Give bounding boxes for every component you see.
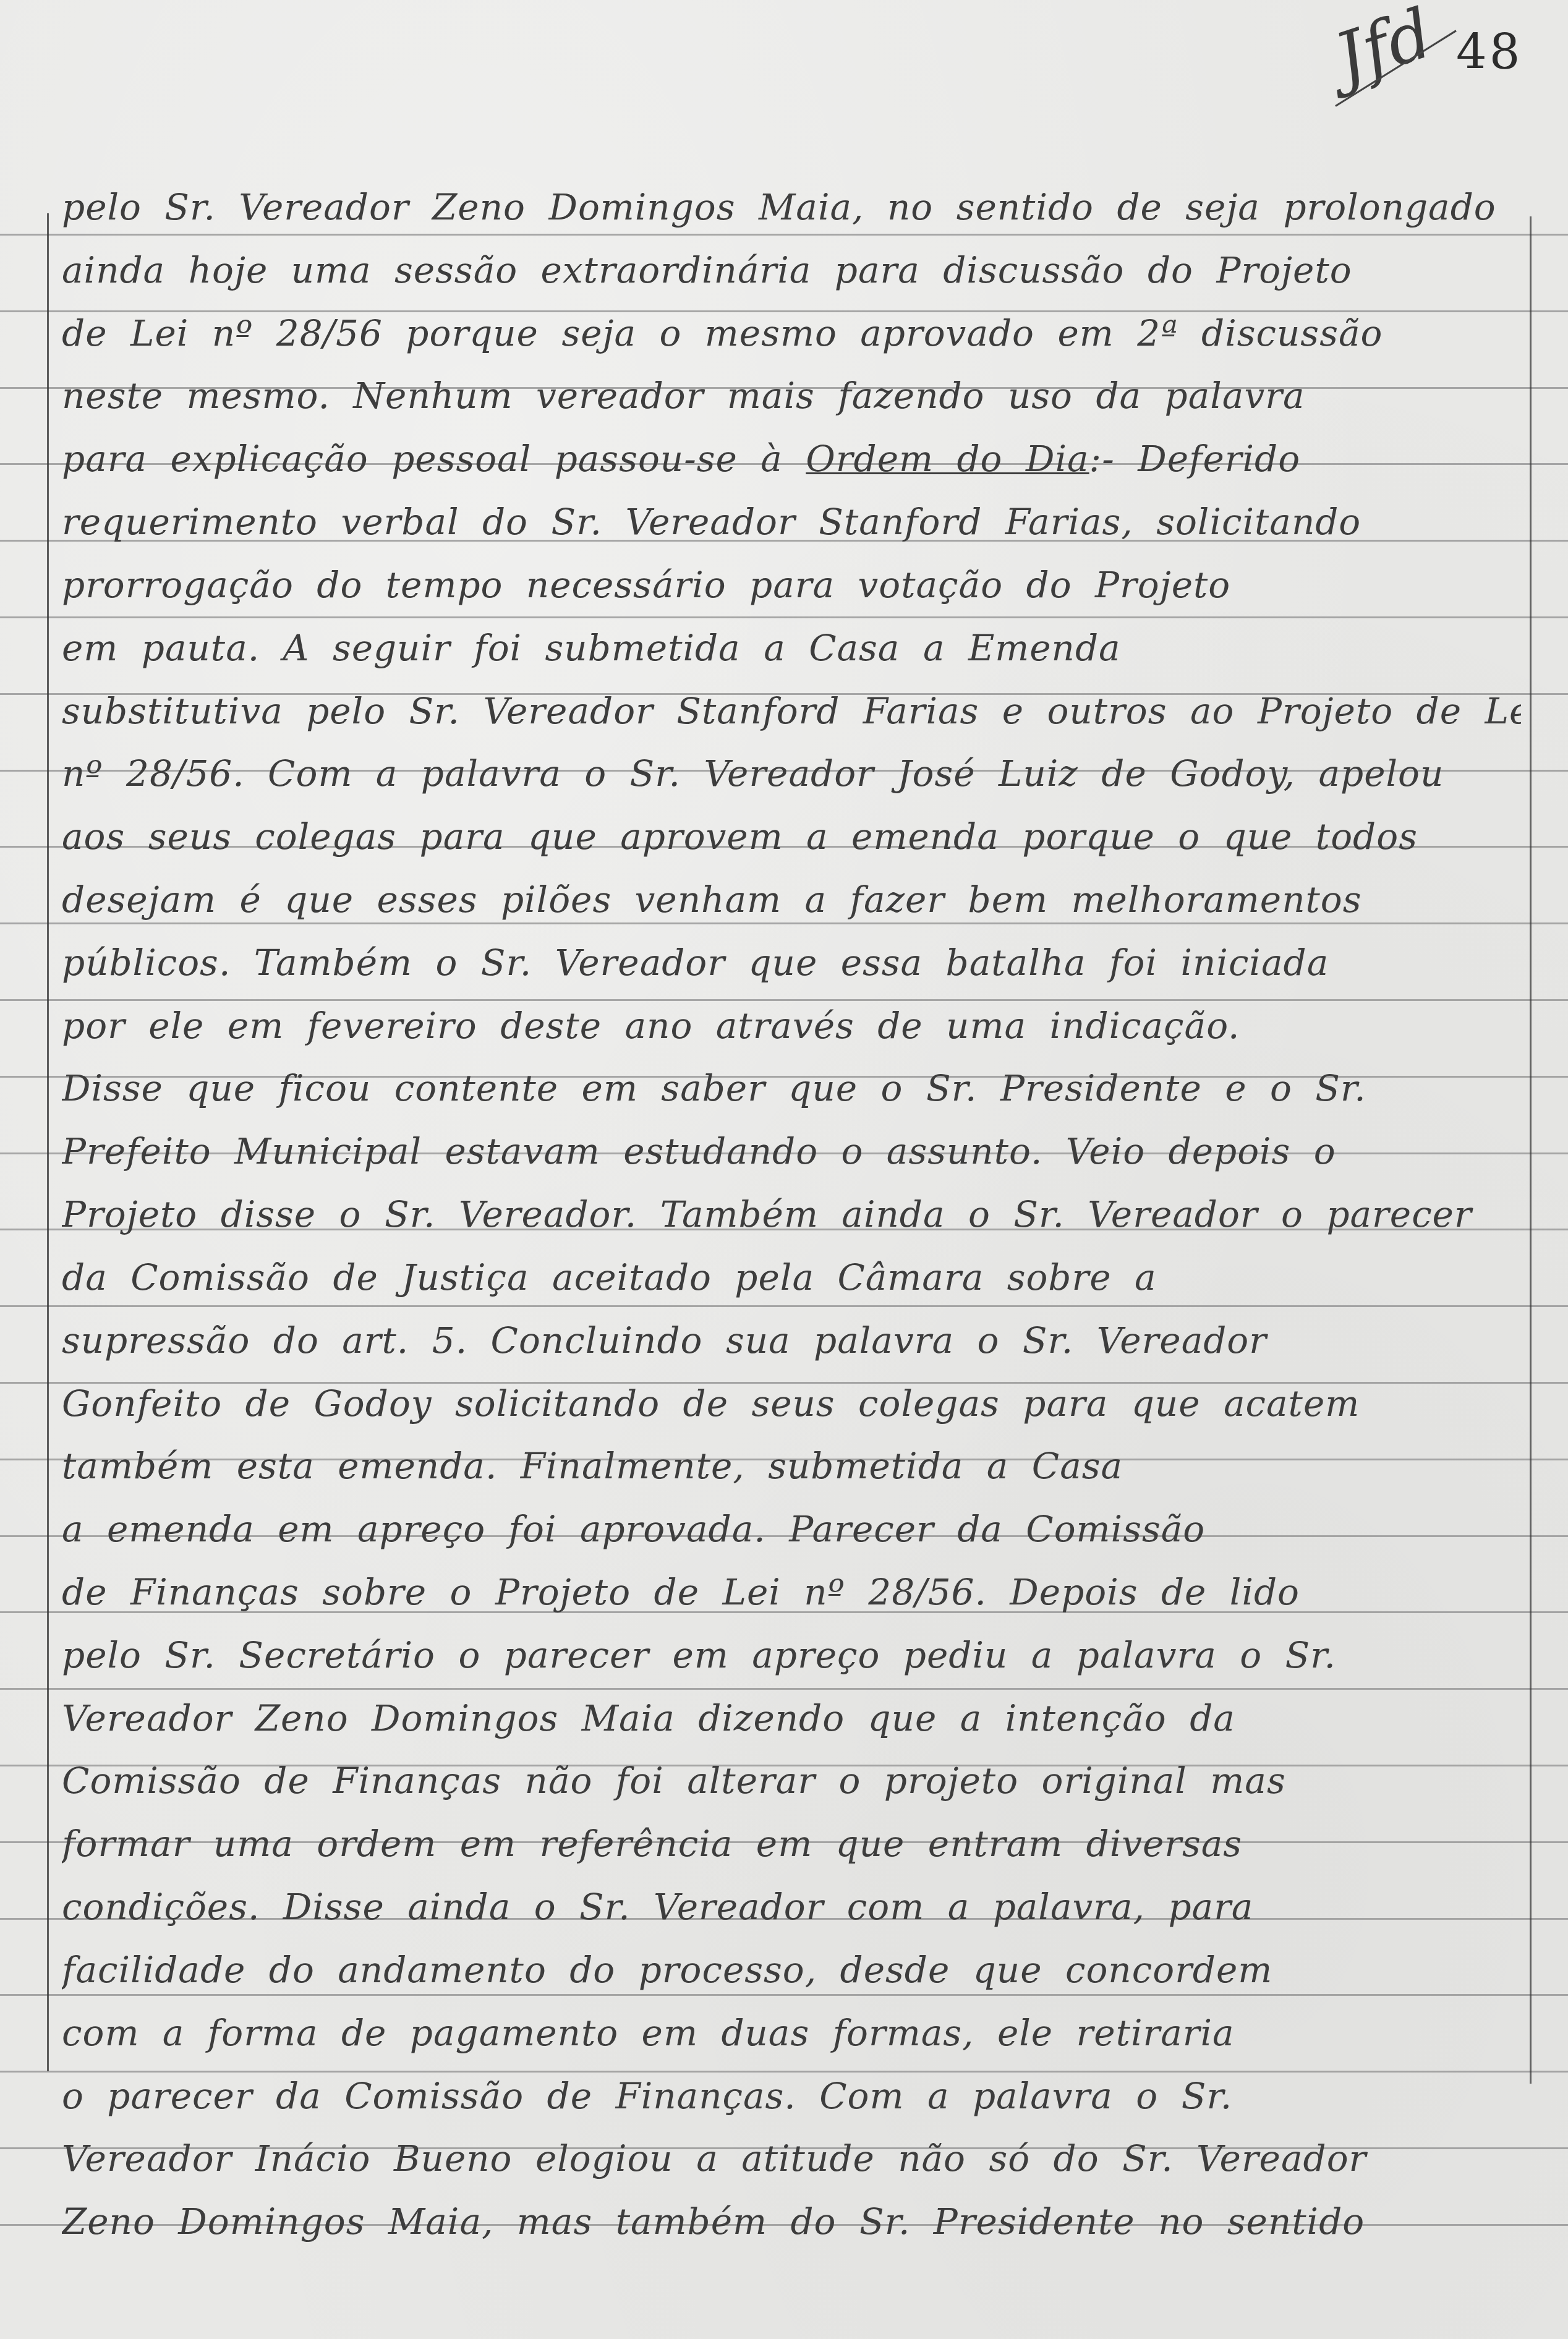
handwritten-line: pelo Sr. Secretário o parecer em apreço … (62, 1634, 1521, 1677)
handwritten-line: facilidade do andamento do processo, des… (62, 1948, 1521, 1992)
handwritten-line: Vereador Zeno Domingos Maia dizendo que … (62, 1697, 1521, 1740)
handwritten-line: da Comissão de Justiça aceitado pela Câm… (62, 1256, 1521, 1299)
rule-line (0, 2071, 1568, 2073)
underlined-ordem-do-dia: Ordem do Dia (806, 438, 1089, 480)
handwritten-line: em pauta. A seguir foi submetida a Casa … (62, 626, 1521, 670)
rule-line (0, 1305, 1568, 1307)
handwritten-line: Disse que ficou contente em saber que o … (62, 1067, 1521, 1110)
handwritten-line: Vereador Inácio Bueno elogiou a atitude … (62, 2137, 1521, 2180)
handwritten-line: o parecer da Comissão de Finanças. Com a… (62, 2074, 1521, 2118)
handwritten-line: substitutiva pelo Sr. Vereador Stanford … (62, 689, 1521, 733)
handwritten-line: por ele em fevereiro deste ano através d… (62, 1004, 1521, 1047)
handwritten-line: também esta emenda. Finalmente, submetid… (62, 1444, 1521, 1488)
handwritten-line: Prefeito Municipal estavam estudando o a… (62, 1130, 1521, 1173)
handwritten-line: Comissão de Finanças não foi alterar o p… (62, 1759, 1521, 1802)
left-margin-line (47, 213, 49, 2071)
handwritten-line: ainda hoje uma sessão extraordinária par… (62, 249, 1521, 292)
handwritten-line: Gonfeito de Godoy solicitando de seus co… (62, 1382, 1521, 1425)
right-margin-line (1530, 216, 1532, 2084)
handwritten-line: Projeto disse o Sr. Vereador. Também ain… (62, 1193, 1521, 1236)
handwritten-line: nº 28/56. Com a palavra o Sr. Vereador J… (62, 752, 1521, 795)
handwritten-line: formar uma ordem em referência em que en… (62, 1822, 1521, 1865)
handwritten-line: pelo Sr. Vereador Zeno Domingos Maia, no… (62, 185, 1521, 229)
handwritten-line: supressão do art. 5. Concluindo sua pala… (62, 1319, 1521, 1362)
handwritten-line: para explicação pessoal passou-se à Orde… (62, 437, 1521, 480)
handwritten-line: condições. Disse ainda o Sr. Vereador co… (62, 1885, 1521, 1928)
handwritten-line: a emenda em apreço foi aprovada. Parecer… (62, 1507, 1521, 1551)
rule-line (0, 1994, 1568, 1996)
rule-line (0, 999, 1568, 1001)
handwritten-line: de Lei nº 28/56 porque seja o mesmo apro… (62, 312, 1521, 355)
rule-line (0, 1688, 1568, 1690)
handwritten-line: prorrogação do tempo necessário para vot… (62, 563, 1521, 607)
rule-line (0, 616, 1568, 618)
handwritten-line: públicos. Também o Sr. Vereador que essa… (62, 941, 1521, 984)
page-number: 48 (1456, 25, 1522, 80)
handwritten-line: Zeno Domingos Maia, mas também do Sr. Pr… (62, 2200, 1521, 2243)
rule-line (0, 234, 1568, 236)
handwritten-line: neste mesmo. Nenhum vereador mais fazend… (62, 374, 1521, 417)
handwritten-line: com a forma de pagamento em duas formas,… (62, 2011, 1521, 2055)
handwritten-line: de Finanças sobre o Projeto de Lei nº 28… (62, 1570, 1521, 1614)
handwritten-line: aos seus colegas para que aprovem a emen… (62, 815, 1521, 858)
rule-line (0, 922, 1568, 924)
handwritten-line: requerimento verbal do Sr. Vereador Stan… (62, 500, 1521, 543)
handwritten-line: desejam é que esses pilões venham a faze… (62, 878, 1521, 921)
